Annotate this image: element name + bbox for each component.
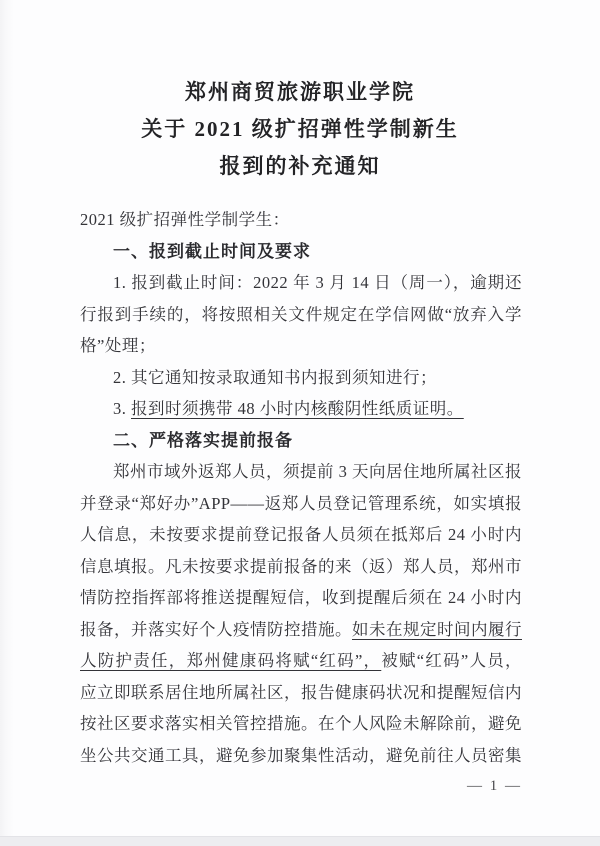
text-line: 信息填报。凡未按要求提前报备的来（返）郑人员，郑州市疫 [80, 551, 522, 583]
text-line: 2. 其它通知按录取通知书内报到须知进行； [80, 362, 522, 394]
paragraph-report: 郑州市域外返郑人员，须提前 3 天向居住地所属社区报备，并登录“郑好办”APP—… [80, 456, 522, 771]
item-2: 2. 其它通知按录取通知书内报到须知进行； [80, 362, 522, 394]
text-segment: 情防控指挥部将推送提醒短信，收到提醒后须在 24 小时内完成 [80, 588, 522, 614]
text-segment: 3. [113, 399, 131, 418]
text-segment: 二、严格落实提前报备 [113, 431, 293, 450]
text-line: 报备，并落实好个人疫情防控措施。如未在规定时间内履行个 [80, 614, 522, 646]
text-segment: 信息填报。凡未按要求提前报备的来（返）郑人员，郑州市疫 [80, 557, 522, 583]
text-line: 应立即联系居住地所属社区，报告健康码状况和提醒短信内容， [80, 677, 522, 709]
scan-left-edge [0, 0, 14, 846]
document-page: 郑州商贸旅游职业学院 关于 2021 级扩招弹性学制新生 报到的补充通知 202… [0, 0, 600, 846]
text-segment: 按社区要求落实相关管控措施。在个人风险未解除前，避免乘 [80, 714, 522, 740]
text-segment: 报备，并落实好个人疫情防控措施。 [80, 620, 352, 639]
text-line: 二、严格落实提前报备 [80, 425, 522, 457]
text-line: 情防控指挥部将推送提醒短信，收到提醒后须在 24 小时内完成 [80, 582, 522, 614]
text-segment: 郑州市域外返郑人员，须提前 3 天向居住地所属社区报备， [80, 462, 522, 488]
text-segment: 行报到手续的，将按照相关文件规定在学信网做“放弃入学资 [80, 305, 522, 331]
scan-bottom-edge [0, 836, 600, 846]
text-segment: 被赋“红码”人员， [381, 651, 522, 670]
text-segment: 人信息，未按要求提前登记报备人员须在抵郑后 24 小时内完成 [80, 525, 522, 551]
text-line: 人信息，未按要求提前登记报备人员须在抵郑后 24 小时内完成 [80, 519, 522, 551]
item-3: 3. 报到时须携带 48 小时内核酸阴性纸质证明。 [80, 393, 522, 425]
underlined-text-segment: 人防护责任，郑州健康码将赋“红码”， [80, 651, 381, 670]
text-line: 坐公共交通工具，避免参加聚集性活动，避免前往人员密集型 [80, 740, 522, 772]
heading-section-2: 二、严格落实提前报备 [80, 425, 522, 457]
text-line: 郑州市域外返郑人员，须提前 3 天向居住地所属社区报备， [80, 456, 522, 488]
text-line: 2021 级扩招弹性学制学生： [80, 204, 522, 236]
document-title-line-1: 郑州商贸旅游职业学院 [40, 74, 560, 111]
document-body: 2021 级扩招弹性学制学生：一、报到截止时间及要求1. 报到截止时间：2022… [80, 204, 522, 771]
text-line: 3. 报到时须携带 48 小时内核酸阴性纸质证明。 [80, 393, 522, 425]
text-segment: 应立即联系居住地所属社区，报告健康码状况和提醒短信内容， [80, 683, 522, 709]
text-line: 行报到手续的，将按照相关文件规定在学信网做“放弃入学资 [80, 299, 522, 331]
text-line: 格”处理； [80, 330, 522, 362]
item-1: 1. 报到截止时间：2022 年 3 月 14 日（周一），逾期还未履行报到手续… [80, 267, 522, 362]
text-segment: 一、报到截止时间及要求 [113, 242, 311, 261]
text-line: 人防护责任，郑州健康码将赋“红码”，被赋“红码”人员， [80, 645, 522, 677]
text-line: 并登录“郑好办”APP——返郑人员登记管理系统，如实填报个 [80, 488, 522, 520]
page-number: — 1 — [80, 771, 522, 803]
heading-section-1: 一、报到截止时间及要求 [80, 236, 522, 268]
text-segment: 1. 报到截止时间：2022 年 3 月 14 日（周一），逾期还未履 [80, 273, 522, 299]
underlined-text-segment: 报到时须携带 48 小时内核酸阴性纸质证明。 [131, 399, 464, 418]
text-segment: 坐公共交通工具，避免参加聚集性活动，避免前往人员密集型 [80, 746, 522, 772]
text-line: 一、报到截止时间及要求 [80, 236, 522, 268]
text-segment: 2. 其它通知按录取通知书内报到须知进行； [113, 368, 437, 387]
document-title: 郑州商贸旅游职业学院 关于 2021 级扩招弹性学制新生 报到的补充通知 [40, 74, 560, 185]
document-title-line-2: 关于 2021 级扩招弹性学制新生 [40, 111, 560, 148]
text-segment: 并登录“郑好办”APP——返郑人员登记管理系统，如实填报个 [80, 494, 522, 520]
text-line: 1. 报到截止时间：2022 年 3 月 14 日（周一），逾期还未履 [80, 267, 522, 299]
text-segment: 格”处理； [80, 336, 156, 355]
text-segment: 2021 级扩招弹性学制学生： [80, 210, 290, 229]
document-title-line-3: 报到的补充通知 [40, 148, 560, 185]
salutation: 2021 级扩招弹性学制学生： [80, 204, 522, 236]
text-line: 按社区要求落实相关管控措施。在个人风险未解除前，避免乘 [80, 708, 522, 740]
